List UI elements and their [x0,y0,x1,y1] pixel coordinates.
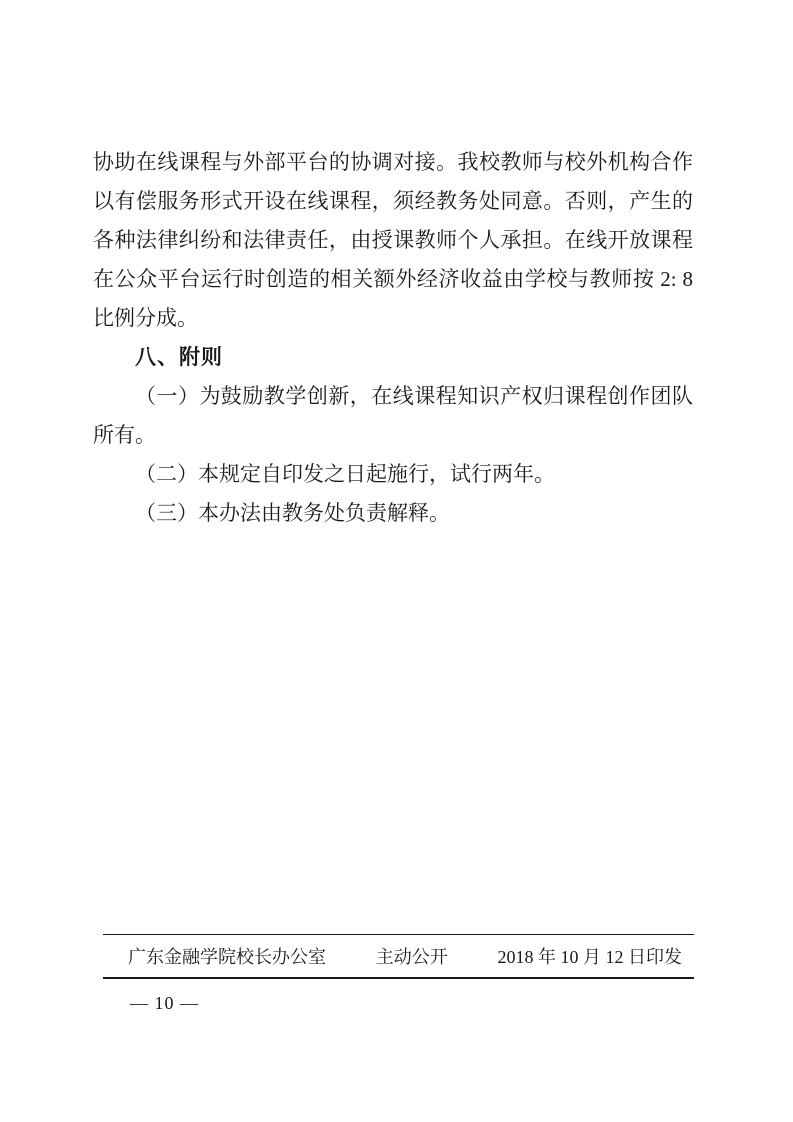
body-line: （一）为鼓励教学创新，在线课程知识产权归课程创作团队 [93,377,693,416]
body-text: 协助在线课程与外部平台的协调对接。我校教师与校外机构合作 以有偿服务形式开设在线… [93,143,693,533]
body-line: 所有。 [93,416,693,455]
page-number: — 10 — [130,993,199,1014]
body-line: （二）本规定自印发之日起施行，试行两年。 [93,455,693,494]
footer-print-date: 2018 年 10 月 12 日印发 [498,943,683,969]
body-line: 在公众平台运行时创造的相关额外经济收益由学校与教师按 2: 8 [93,260,693,299]
body-line: 比例分成。 [93,299,693,338]
document-page: 协助在线课程与外部平台的协调对接。我校教师与校外机构合作 以有偿服务形式开设在线… [0,0,793,1122]
footer: 广东金融学院校长办公室 主动公开 2018 年 10 月 12 日印发 [103,934,694,977]
body-line: 协助在线课程与外部平台的协调对接。我校教师与校外机构合作 [93,143,693,182]
footer-issuer: 广东金融学院校长办公室 [128,943,326,969]
section-heading: 八、附则 [93,338,693,377]
footer-disclosure-label: 主动公开 [376,943,448,969]
footer-rule-bottom [103,977,694,979]
body-line: （三）本办法由教务处负责解释。 [93,494,693,533]
body-line: 以有偿服务形式开设在线课程，须经教务处同意。否则，产生的 [93,182,693,221]
body-line: 各种法律纠纷和法律责任，由授课教师个人承担。在线开放课程 [93,221,693,260]
